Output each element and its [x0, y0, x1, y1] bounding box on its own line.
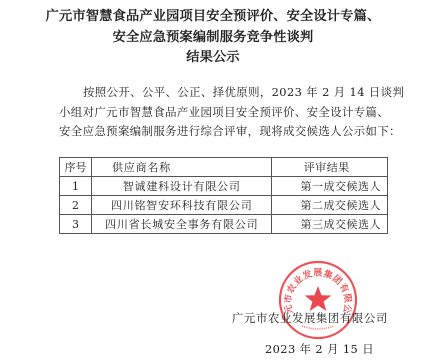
body-paragraph: 按照公开、公平、公正、择优原则，2023 年 2 月 14 日谈判 小组对广元市…	[59, 83, 399, 142]
svg-text:广元市农业发展集团有限公司: 广元市农业发展集团有限公司	[278, 260, 354, 315]
seal-stamp-icon: 广元市农业发展集团有限公司	[278, 260, 358, 340]
cell-review-result: 第二成交候选人	[272, 196, 388, 215]
official-seal: 广元市农业发展集团有限公司	[278, 260, 358, 340]
cell-number: 2	[60, 196, 92, 215]
issue-date: 2023 年 2 月 15 日	[265, 341, 374, 357]
body-line-3: 安全应急预案编制服务进行综合评审，现将成交候选人公示如下：	[59, 122, 399, 142]
table-row: 3 四川省长城安全事务有限公司 第三成交候选人	[60, 215, 388, 234]
cell-supplier-name: 四川铭智安环科技有限公司	[92, 196, 272, 215]
title-line-1: 广元市智慧食品产业园项目安全预评价、安全设计专篇、	[0, 5, 426, 24]
cell-number: 1	[60, 177, 92, 196]
title-line-3: 结果公示	[0, 46, 426, 65]
issuer-name: 广元市农业发展集团有限公司	[232, 310, 388, 326]
title-line-2: 安全应急预案编制服务竞争性谈判	[0, 26, 426, 45]
cell-supplier-name: 四川省长城安全事务有限公司	[92, 215, 272, 234]
table-header-row: 序号 供应商名称 评审结果	[60, 158, 388, 177]
seal-star-icon	[305, 286, 332, 311]
table-row: 2 四川铭智安环科技有限公司 第二成交候选人	[60, 196, 388, 215]
header-number: 序号	[60, 158, 92, 177]
seal-text: 广元市农业发展集团有限公司	[278, 260, 354, 315]
table-row: 1 智诚建科设计有限公司 第一成交候选人	[60, 177, 388, 196]
body-line-1: 按照公开、公平、公正、择优原则，2023 年 2 月 14 日谈判	[59, 83, 399, 103]
cell-review-result: 第三成交候选人	[272, 215, 388, 234]
header-review-result: 评审结果	[272, 158, 388, 177]
body-line-2: 小组对广元市智慧食品产业园项目安全预评价、安全设计专篇、	[59, 103, 399, 123]
cell-number: 3	[60, 215, 92, 234]
header-supplier-name: 供应商名称	[92, 158, 272, 177]
cell-review-result: 第一成交候选人	[272, 177, 388, 196]
cell-supplier-name: 智诚建科设计有限公司	[92, 177, 272, 196]
results-table: 序号 供应商名称 评审结果 1 智诚建科设计有限公司 第一成交候选人 2 四川铭…	[59, 157, 388, 234]
